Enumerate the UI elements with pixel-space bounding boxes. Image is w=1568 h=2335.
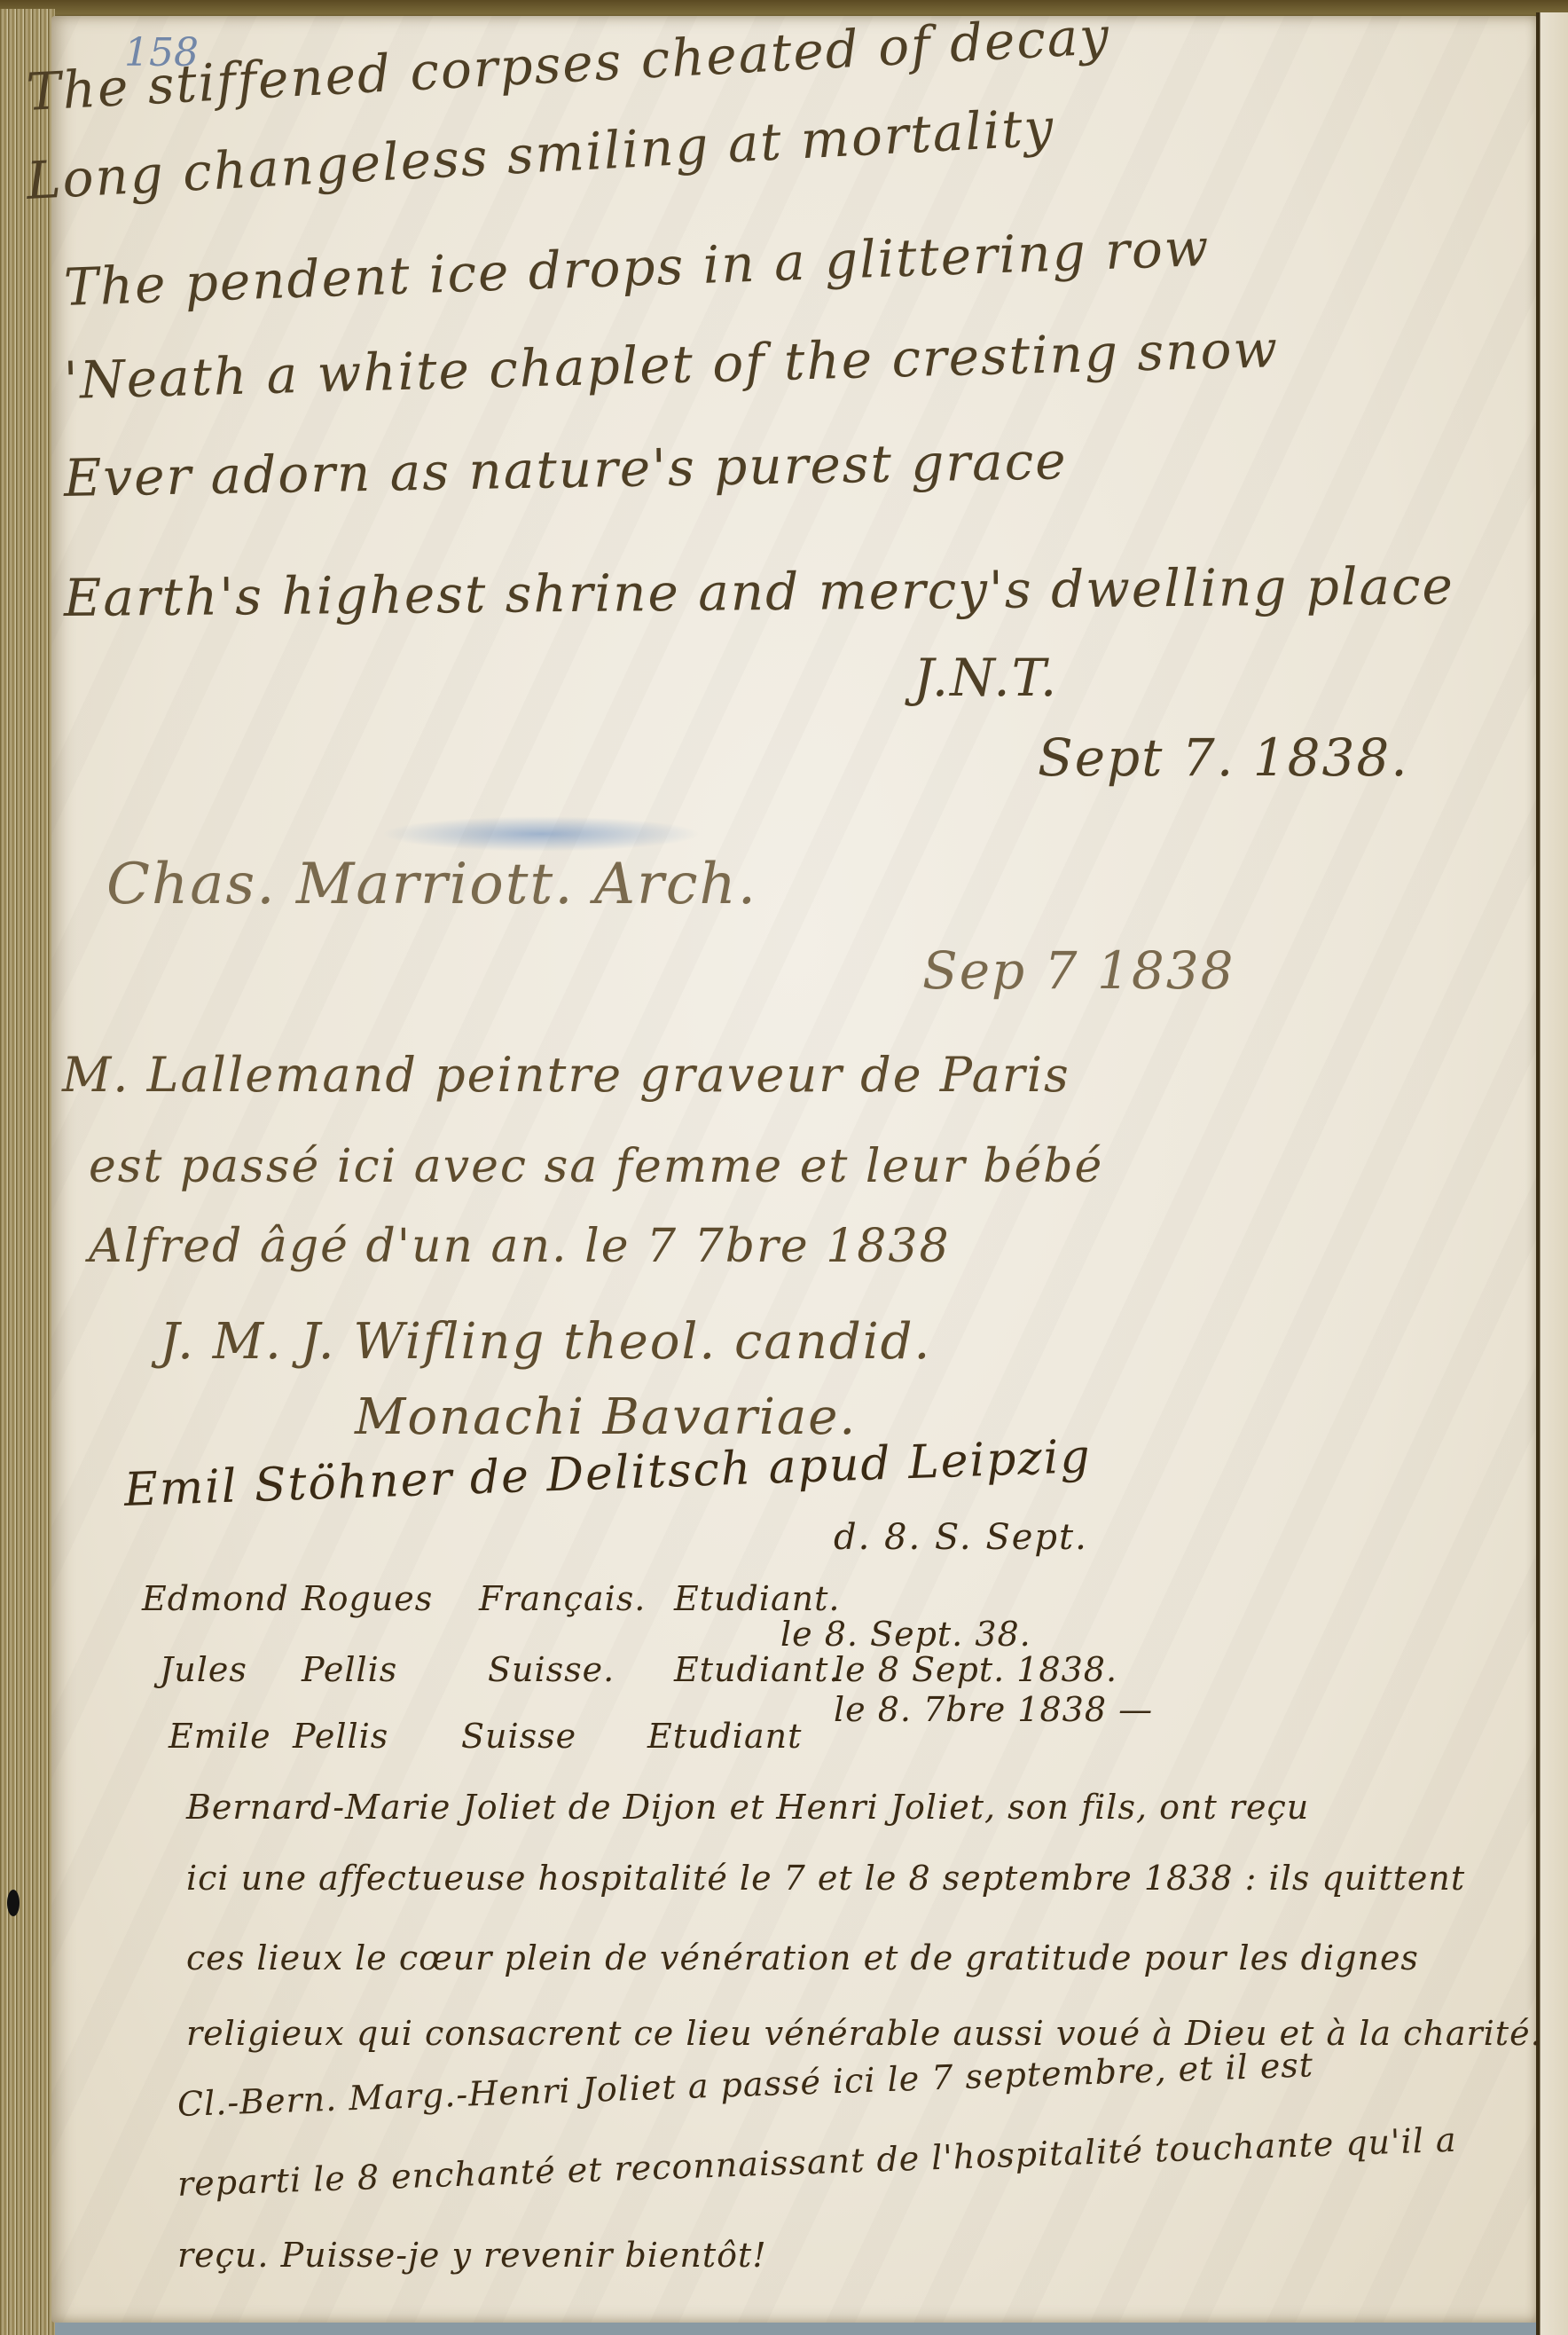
- entry-joliet-line-3: ces lieux le cœur plein de vénération et…: [186, 1938, 1419, 1977]
- poem-line-6: Earth's highest shrine and mercy's dwell…: [64, 555, 1454, 628]
- entry-marriott-date: Sep 7 1838: [922, 940, 1235, 1001]
- entry-emile-date: le 8. 7bre 1838 —: [834, 1690, 1153, 1729]
- entry-joliet-line-1: Bernard-Marie Joliet de Dijon et Henri J…: [186, 1788, 1309, 1827]
- entry-rogues-status: Etudiant.: [674, 1579, 840, 1618]
- entry-emile-status: Etudiant: [647, 1717, 802, 1756]
- entry-lallemand-line-1: M. Lallemand peintre graveur de Paris: [62, 1047, 1070, 1103]
- entry-lallemand-line-3: Alfred âgé d'un an. le 7 7bre 1838: [89, 1220, 951, 1273]
- facing-page-edge: [1536, 12, 1568, 2335]
- entry-joliet-line-2: ici une affectueuse hospitalité le 7 et …: [186, 1859, 1465, 1898]
- entry-rogues-nationality: Français.: [479, 1579, 646, 1618]
- entry-rogues-date: le 8. Sept. 38.: [780, 1615, 1031, 1654]
- entry-wifling-line-1: J. M. J. Wifling theol. candid.: [160, 1313, 931, 1371]
- entry-jules-nationality: Suisse.: [488, 1650, 615, 1689]
- entry-emile-first: Emile: [169, 1717, 271, 1756]
- entry-lallemand-line-2: est passé ici avec sa femme et leur bébé: [89, 1140, 1103, 1193]
- entry-jules-date: le 8 Sept. 1838.: [834, 1650, 1117, 1689]
- entry-rogues-last: Rogues: [302, 1579, 433, 1618]
- entry-jules-status: Etudiant.: [674, 1650, 840, 1689]
- poem-date: Sept 7. 1838.: [1038, 727, 1409, 788]
- entry-wifling-line-2: Monachi Bavariae.: [355, 1388, 857, 1446]
- entry-jules-last: Pellis: [302, 1650, 397, 1689]
- entry-rogues-first: Edmond: [142, 1579, 289, 1618]
- entry-jules-first: Jules: [160, 1650, 247, 1689]
- poem-signature: J.N.T.: [913, 648, 1058, 708]
- entry-marriott-name: Chas. Marriott. Arch.: [106, 852, 757, 917]
- blue-ink-stain: [381, 816, 701, 852]
- entry-stohner-line-2: d. 8. S. Sept.: [834, 1517, 1088, 1558]
- entry-emile-last: Pellis: [293, 1717, 388, 1756]
- entry-emile-nationality: Suisse: [461, 1717, 576, 1756]
- entry-henri-line-3: reçu. Puisse-je y revenir bientôt!: [177, 2236, 767, 2275]
- entry-joliet-line-4: religieux qui consacrent ce lieu vénérab…: [186, 2014, 1542, 2053]
- page-stack-left: [0, 9, 55, 2335]
- ink-spot: [7, 1890, 20, 1916]
